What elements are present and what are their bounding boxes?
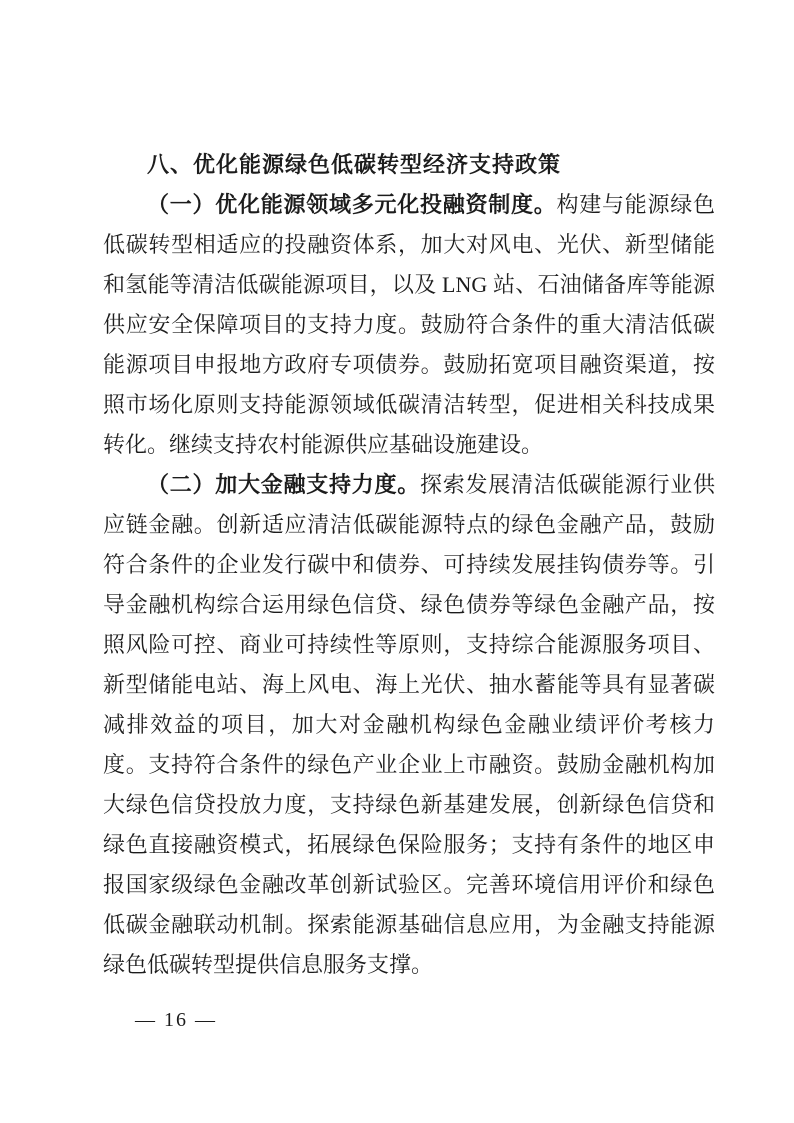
page-number: — 16 — — [135, 1009, 217, 1031]
paragraph-2-body: 探索发展清洁低碳能源行业供应链金融。创新适应清洁低碳能源特点的绿色金融产品，鼓励… — [103, 472, 715, 977]
paragraph-2: （二）加大金融支持力度。探索发展清洁低碳能源行业供应链金融。创新适应清洁低碳能源… — [103, 465, 715, 985]
document-page: 八、优化能源绿色低碳转型经济支持政策 （一）优化能源领域多元化投融资制度。构建与… — [0, 0, 794, 1123]
page-footer: — 16 — — [135, 1006, 217, 1034]
section-heading: 八、优化能源绿色低碳转型经济支持政策 — [103, 145, 715, 185]
paragraph-1-body: 构建与能源绿色低碳转型相适应的投融资体系，加大对风电、光伏、新型储能和氢能等清洁… — [103, 192, 715, 457]
paragraph-2-lead: （二）加大金融支持力度。 — [147, 472, 420, 497]
paragraph-1-lead: （一）优化能源领域多元化投融资制度。 — [147, 192, 556, 217]
paragraph-1: （一）优化能源领域多元化投融资制度。构建与能源绿色低碳转型相适应的投融资体系，加… — [103, 185, 715, 465]
document-content: 八、优化能源绿色低碳转型经济支持政策 （一）优化能源领域多元化投融资制度。构建与… — [103, 145, 715, 985]
